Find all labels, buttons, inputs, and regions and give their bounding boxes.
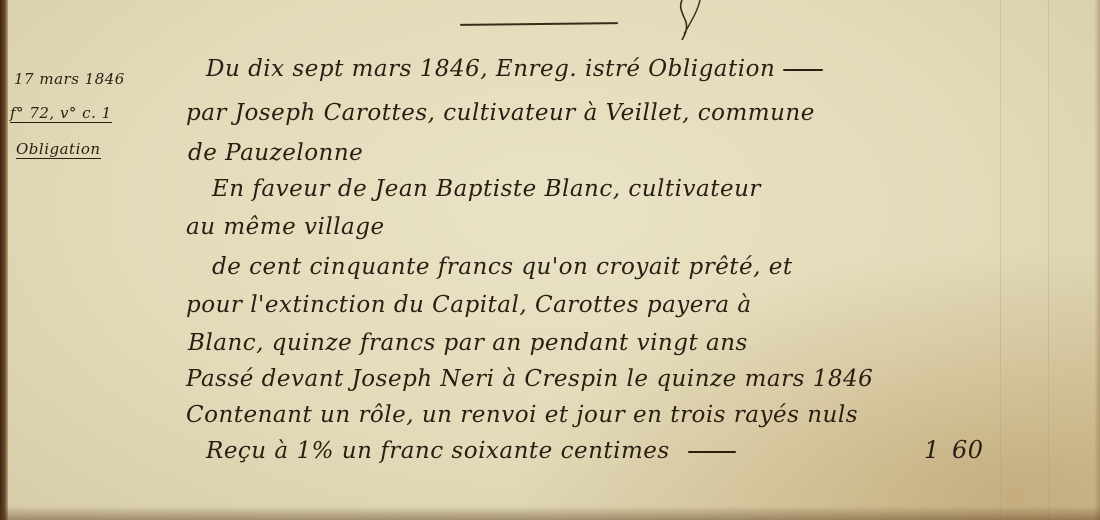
margin-note-type-text: Obligation (16, 140, 101, 159)
amount-column-rule (1000, 0, 1001, 520)
amount-centimes: 60 (952, 436, 984, 464)
register-page: 17 mars 1846 f° 72, v° c. 1 Obligation D… (0, 0, 1100, 520)
margin-note-date: 17 mars 1846 (14, 70, 125, 88)
book-binding (0, 0, 8, 520)
entry-line-7: pour l'extinction du Capital, Carottes p… (186, 292, 752, 318)
pen-flourish (670, 0, 730, 40)
amount-francs: 1 (924, 436, 940, 464)
entry-line-2: par Joseph Carottes, cultivateur à Veill… (186, 100, 815, 126)
entry-line-4: En faveur de Jean Baptiste Blanc, cultiv… (212, 176, 761, 202)
entry-line-8: Blanc, quinze francs par an pendant ving… (188, 330, 748, 356)
entry-line-11-text: Reçu à 1% un franc soixante centimes (206, 438, 670, 464)
entry-line-1-text: Du dix sept mars 1846, Enreg. istré Obli… (206, 56, 775, 82)
entry-line-9: Passé devant Joseph Neri à Crespin le qu… (186, 366, 873, 392)
entry-line-6: de cent cinquante francs qu'on croyait p… (212, 254, 793, 280)
page-edge (1094, 0, 1100, 520)
line-fill-dash (688, 451, 736, 453)
entry-line-1: Du dix sept mars 1846, Enreg. istré Obli… (206, 56, 823, 82)
page-bottom-shadow (0, 506, 1100, 520)
entry-line-11: Reçu à 1% un franc soixante centimes (206, 438, 736, 464)
header-rule (460, 22, 618, 26)
entry-line-3: de Pauzelonne (188, 140, 363, 166)
margin-note-folio: f° 72, v° c. 1 (10, 104, 112, 122)
entry-line-10: Contenant un rôle, un renvoi et jour en … (186, 402, 858, 428)
margin-note-folio-text: f° 72, v° c. 1 (10, 104, 112, 123)
entry-line-5: au même village (186, 214, 385, 240)
line-fill-dash (783, 69, 823, 71)
margin-note-type: Obligation (16, 140, 101, 158)
amount-column-rule-right (1048, 0, 1049, 520)
